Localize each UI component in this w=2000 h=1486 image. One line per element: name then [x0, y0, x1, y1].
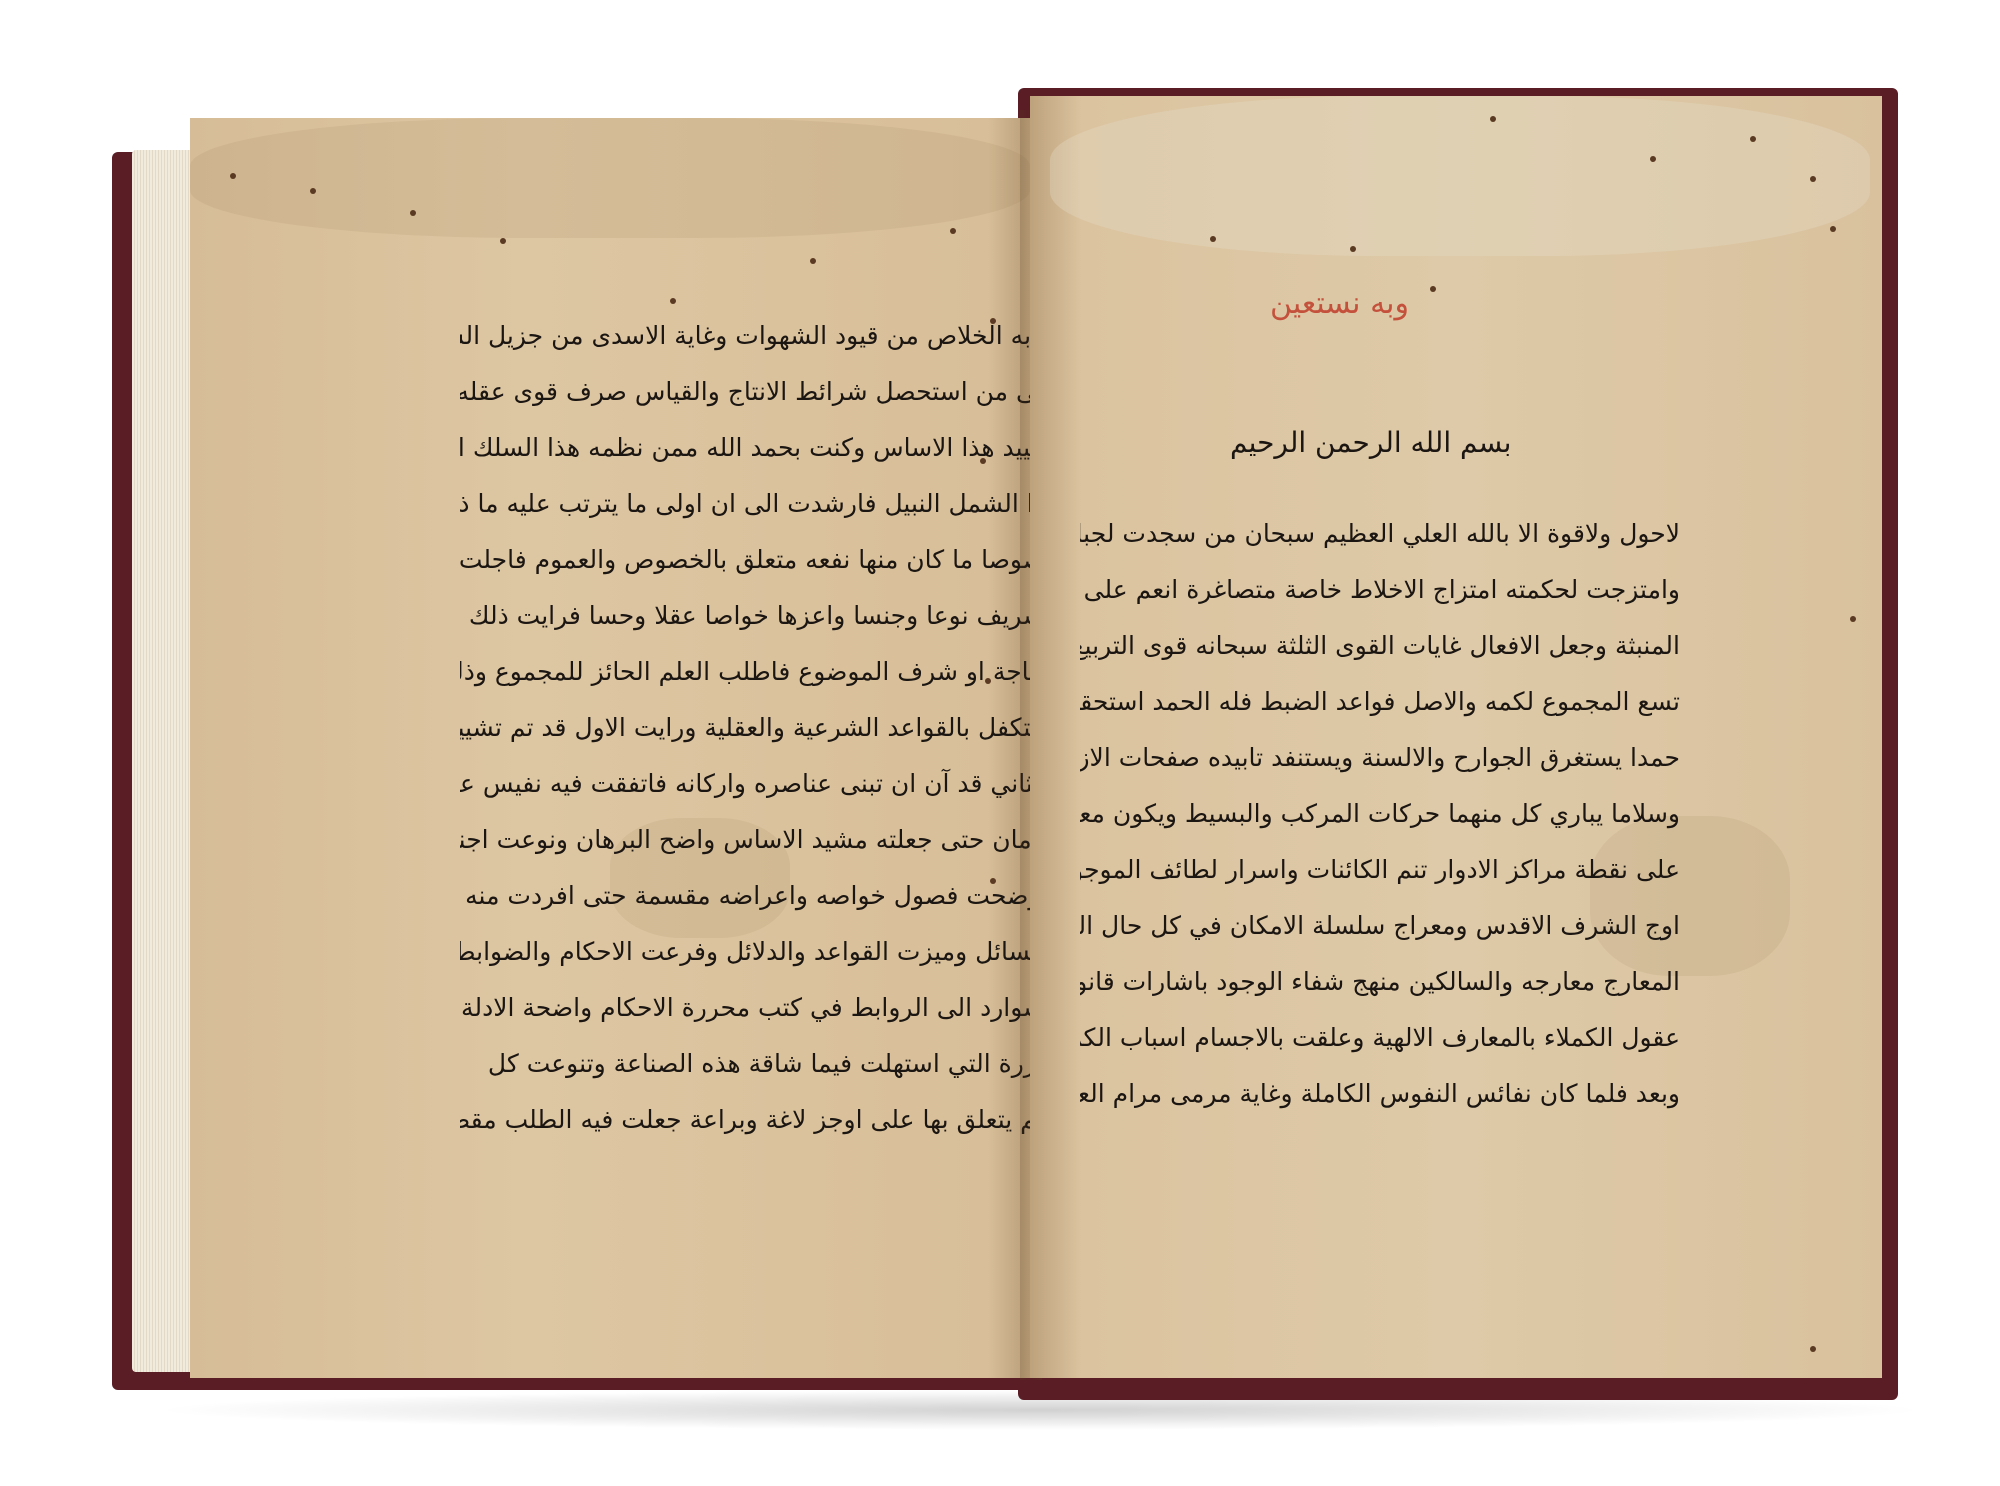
wormhole — [950, 228, 956, 234]
basmala: بسم الله الرحمن الرحيم — [1230, 426, 1511, 459]
text-line: على من استحصل شرائط الانتاج والقياس صرف … — [460, 364, 1030, 420]
wormhole — [1810, 176, 1816, 182]
text-line: تشييد هذا الاساس وكنت بحمد الله ممن نظمه… — [460, 420, 1030, 476]
wormhole — [1830, 226, 1836, 232]
water-stain — [190, 118, 1030, 238]
text-line: وبعد فلما كان نفائس النفوس الكاملة وغاية… — [1080, 1066, 1680, 1122]
wormhole — [1650, 156, 1656, 162]
text-line: احررة التي استهلت فيما شاقة هذه الصناعة … — [460, 1036, 1030, 1092]
text-line: علم يتعلق بها على اوجز لاغة وبراعة جعلت … — [460, 1092, 1030, 1148]
left-page: ما به الخلاص من قيود الشهوات وغاية الاسد… — [190, 118, 1030, 1378]
text-line: عقول الكملاء بالمعارف الالهية وعلقت بالا… — [1080, 1010, 1680, 1066]
wormhole — [1350, 246, 1356, 252]
wormhole — [310, 188, 316, 194]
wormhole — [1750, 136, 1756, 142]
text-line: المسائل وميزت القواعد والدلائل وفرعت الا… — [460, 924, 1030, 980]
wormhole — [1850, 616, 1856, 622]
wormhole — [410, 210, 416, 216]
text-line: وامتزجت لحكمته امتزاج الاخلاط خاصة متصاغ… — [1080, 562, 1680, 618]
text-line: فاوضحت فصول خواصه واعراضه مقسمة حتى افرد… — [460, 868, 1030, 924]
rubric-heading: وبه نستعين — [1270, 286, 1409, 321]
wormhole — [1810, 1346, 1816, 1352]
text-line: حمدا يستغرق الجوارح والالسنة ويستنفد تاب… — [1080, 730, 1680, 786]
text-line: خصوصا ما كان منها نفعه متعلق بالخصوص وال… — [460, 532, 1030, 588]
text-line: تسع المجموع لكمه والاصل فواعد الضبط فله … — [1080, 674, 1680, 730]
text-line: والثاني قد آن ان تبنى عناصره واركانه فات… — [460, 756, 1030, 812]
text-line: ما به الخلاص من قيود الشهوات وغاية الاسد… — [460, 308, 1030, 364]
text-line: المعارج معارجه والسالكين منهج شفاء الوجو… — [1080, 954, 1680, 1010]
text-line: اوج الشرف الاقدس ومعراج سلسلة الامكان في… — [1080, 898, 1680, 954]
wormhole — [1430, 286, 1436, 292]
text-line: وسلاما يباري كل منهما حركات المركب والبس… — [1080, 786, 1680, 842]
left-page-text: ما به الخلاص من قيود الشهوات وغاية الاسد… — [460, 308, 1030, 1148]
water-stain — [1050, 96, 1870, 256]
text-line: المتكفل بالقواعد الشرعية والعقلية ورايت … — [460, 700, 1030, 756]
wormhole — [810, 258, 816, 264]
wormhole — [1210, 236, 1216, 242]
text-line: الحاجة او شرف الموضوع فاطلب العلم الحائز… — [460, 644, 1030, 700]
wormhole — [500, 238, 506, 244]
right-page-text: لاحول ولاقوة الا بالله العلي العظيم سبحا… — [1080, 506, 1680, 1122]
wormhole — [1490, 116, 1496, 122]
text-line: الزمان حتى جعلته مشيد الاساس واضح البرها… — [460, 812, 1030, 868]
text-line: الشوارد الى الروابط في كتب محررة الاحكام… — [460, 980, 1030, 1036]
text-line: الشريف نوعا وجنسا واعزها خواصا عقلا وحسا… — [460, 588, 1030, 644]
wormhole — [670, 298, 676, 304]
wormhole — [230, 173, 236, 179]
text-line: لاحول ولاقوة الا بالله العلي العظيم سبحا… — [1080, 506, 1680, 562]
right-page: وبه نستعين بسم الله الرحمن الرحيم لاحول … — [1030, 96, 1882, 1378]
text-line: المنبثة وجعل الافعال غايات القوى الثلثة … — [1080, 618, 1680, 674]
text-line: هذا الشمل النبيل فارشدت الى ان اولى ما ي… — [460, 476, 1030, 532]
text-line: على نقطة مراكز الادوار تنم الكائنات واسر… — [1080, 842, 1680, 898]
